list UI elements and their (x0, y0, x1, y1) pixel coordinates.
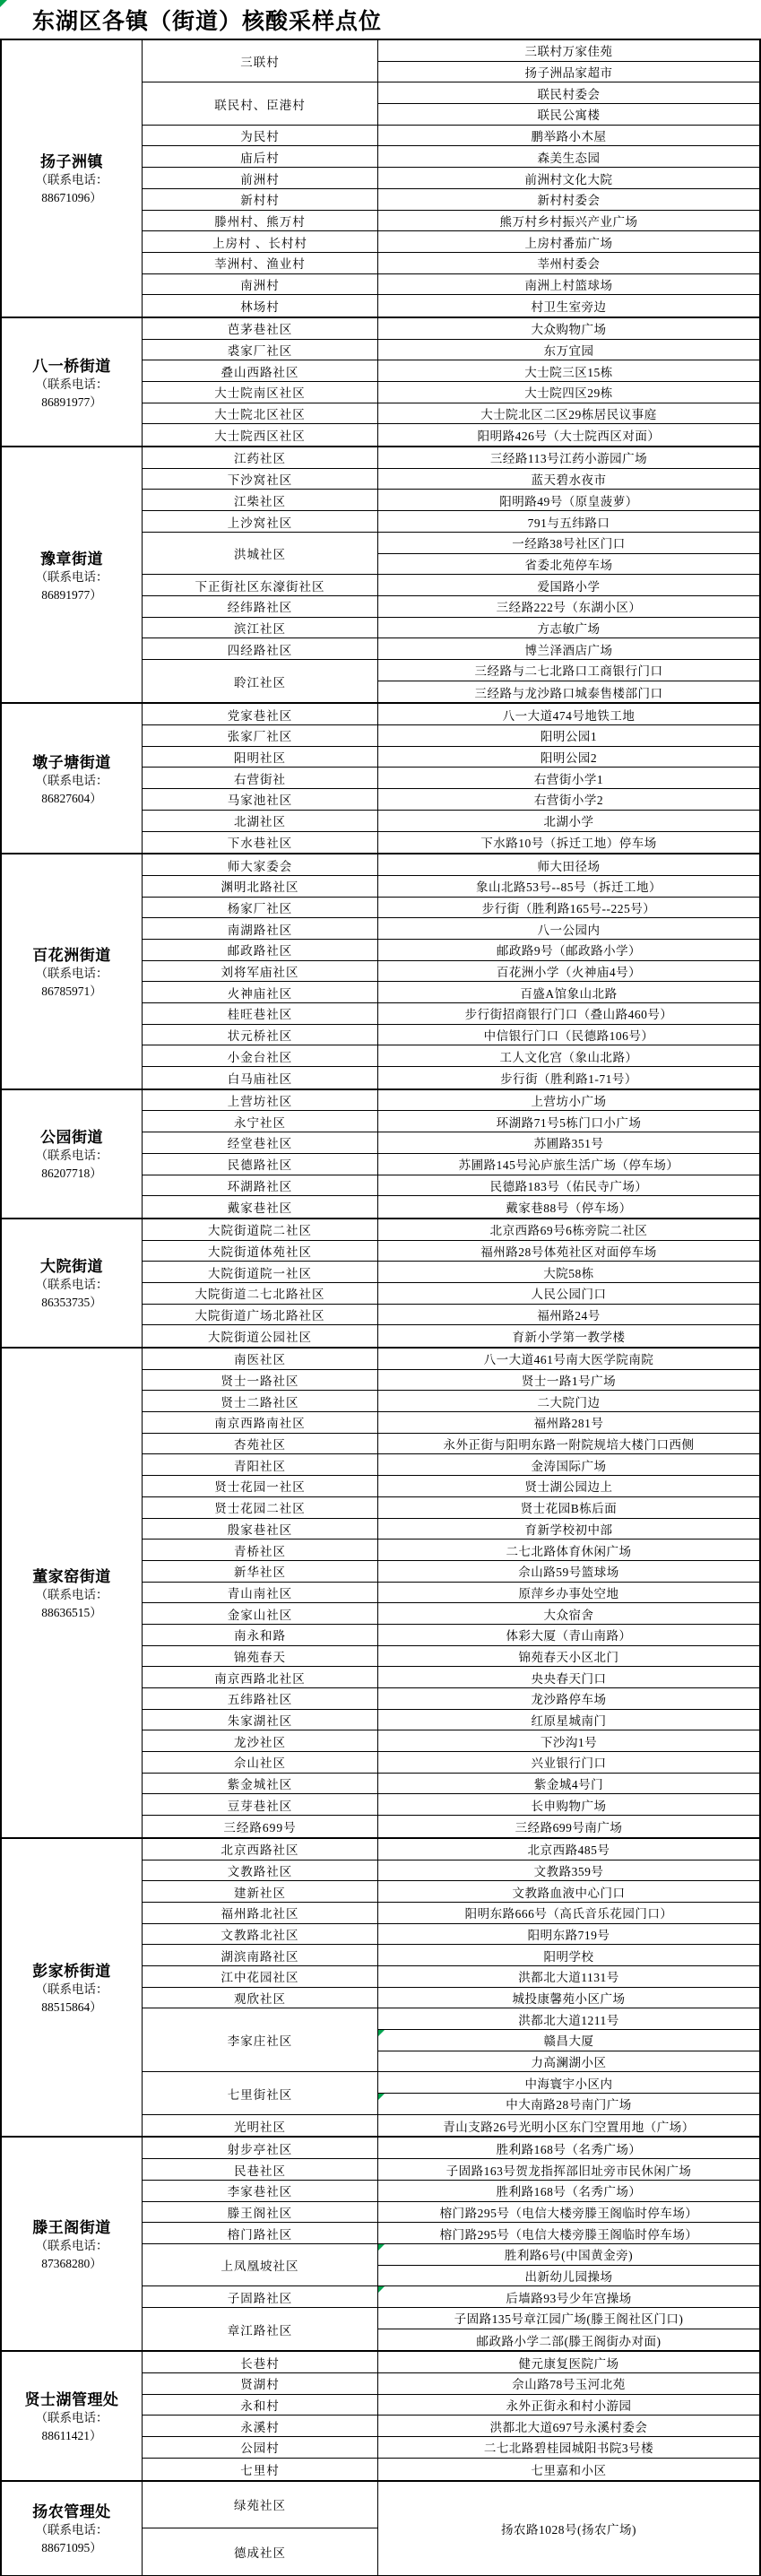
location-cell: 榕门路295号（电信大楼旁滕王阁临时停车场） (378, 2223, 759, 2244)
location-stack: 贤士花园B栋后面 (378, 1497, 759, 1519)
community-group: 江中花园社区洪都北大道1131号 (143, 1966, 759, 1988)
community-group: 滕王阁社区榕门路295号（电信大楼旁滕王阁临时停车场） (143, 2202, 759, 2224)
location-stack: 三联村万家佳苑扬子洲品家超市 (378, 40, 759, 82)
community-cell: 南京西路北社区 (143, 1667, 378, 1688)
community-group: 芭茅巷社区大众购物广场 (143, 318, 759, 340)
community-cell: 滕王阁社区 (143, 2202, 378, 2224)
location-stack: 下水路10号（拆迁工地）停车场 (378, 832, 759, 854)
section-row: 贤士湖管理处（联系电话：88611421）长巷村健元康复医院广场贤湖村佘山路78… (2, 2352, 759, 2481)
location-cell: 百盛A馆象山北路 (378, 982, 759, 1003)
community-cell: 殷家巷社区 (143, 1519, 378, 1540)
location-stack: 一经路38号社区门口省委北苑停车场 (378, 533, 759, 575)
community-cell: 大士院西区社区 (143, 424, 378, 446)
community-cell: 文教路北社区 (143, 1924, 378, 1946)
community-group: 南京西路南社区福州路281号 (143, 1412, 759, 1434)
location-cell: 贤士湖公园边上 (378, 1476, 759, 1497)
street-name: 墩子塘街道 (32, 750, 111, 772)
community-group: 三联村三联村万家佳苑扬子洲品家超市 (143, 40, 759, 82)
community-cell: 福州路北社区 (143, 1903, 378, 1924)
location-stack: 阳明路49号（原皇菠萝） (378, 490, 759, 511)
community-group: 环湖路社区民德路183号（佑民寺广场） (143, 1175, 759, 1197)
location-stack: 北京西路485号 (378, 1839, 759, 1860)
community-cell: 联民村、臣港村 (143, 82, 378, 125)
street-cell: 滕王阁街道（联系电话：87368280） (2, 2138, 143, 2350)
location-cell: 文教路血液中心门口 (378, 1881, 759, 1903)
location-cell: 阳明路49号（原皇菠萝） (378, 490, 759, 511)
sampling-points-table: 扬子洲镇（联系电话：88671096）三联村三联村万家佳苑扬子洲品家超市联民村、… (0, 39, 761, 2576)
location-cell: 城投康馨苑小区广场 (378, 1988, 759, 2009)
location-stack: 右营街小学2 (378, 789, 759, 811)
location-cell: 人民公园门口 (378, 1283, 759, 1305)
location-stack: 步行街招商银行门口（叠山路460号） (378, 1003, 759, 1025)
location-stack: 城投康馨苑小区广场 (378, 1988, 759, 2009)
location-cell: 博兰泽酒店广场 (378, 638, 759, 660)
community-cell: 永宁社区 (143, 1111, 378, 1132)
location-cell: 阳明路426号（大士院西区对面） (378, 424, 759, 446)
street-phone: 88515864） (41, 1999, 102, 2017)
location-stack: 上房村番茄广场 (378, 231, 759, 253)
location-cell: 联民村委会 (378, 82, 759, 104)
community-cell: 党家巷社区 (143, 704, 378, 725)
location-stack: 胜利路168号（名秀广场） (378, 2181, 759, 2202)
community-group: 经堂巷社区苏圃路351号 (143, 1132, 759, 1154)
street-cell: 彭家桥街道（联系电话：88515864） (2, 1839, 143, 2137)
location-cell: 福州路281号 (378, 1412, 759, 1434)
location-stack: 子固路163号贺龙指挥部旧址旁市民休闲广场 (378, 2159, 759, 2181)
community-cell: 贤士一路社区 (143, 1370, 378, 1392)
section-row: 彭家桥街道（联系电话：88515864）北京西路社区北京西路485号文教路社区文… (2, 1839, 759, 2138)
section-row: 豫章街道（联系电话：86891977）江药社区三经路113号江药小游园广场下沙窝… (2, 447, 759, 704)
street-phone: （联系电话： (36, 1147, 108, 1165)
community-cell: 聆江社区 (143, 660, 378, 702)
community-cell: 下正街社区东濠街社区 (143, 575, 378, 596)
location-cell: 金涛国际广场 (378, 1454, 759, 1476)
community-cell: 杨家厂社区 (143, 898, 378, 919)
location-cell: 央央春天门口 (378, 1667, 759, 1688)
location-stack: 八一大道474号地铁工地 (378, 704, 759, 725)
community-group: 锦苑春天锦苑春天小区北门 (143, 1646, 759, 1668)
location-cell: 北京西路485号 (378, 1839, 759, 1860)
location-stack: 阳明公园2 (378, 747, 759, 768)
location-stack: 榕门路295号（电信大楼旁滕王阁临时停车场） (378, 2202, 759, 2224)
community-cell: 江柴社区 (143, 490, 378, 511)
location-cell: 八一公园内 (378, 918, 759, 940)
street-name: 八一桥街道 (32, 353, 111, 376)
street-name: 公园街道 (40, 1124, 103, 1147)
section-body: 大院街道院二社区北京西路69号6栋旁院二社区大院街道体苑社区福州路28号体苑社区… (143, 1219, 759, 1347)
community-group: 建新社区文教路血液中心门口 (143, 1881, 759, 1903)
street-phone: 86785971） (41, 983, 102, 1001)
location-stack: 方志敏广场 (378, 618, 759, 639)
community-group: 火神庙社区百盛A馆象山北路 (143, 982, 759, 1003)
community-group: 章江路社区子固路135号章江园广场(滕王阁社区门口)邮政路小学二部(滕王阁街办对… (143, 2308, 759, 2350)
community-cell: 青阳社区 (143, 1454, 378, 1476)
section-row: 墩子塘街道（联系电话：86827604）党家巷社区八一大道474号地铁工地张家厂… (2, 704, 759, 854)
community-cell: 莘洲村、渔业村 (143, 253, 378, 274)
community-cell: 经堂巷社区 (143, 1132, 378, 1154)
location-stack: 文教路血液中心门口 (378, 1881, 759, 1903)
location-cell: 南洲上村篮球场 (378, 274, 759, 296)
location-stack: 文教路359号 (378, 1860, 759, 1882)
community-cell: 小金台社区 (143, 1045, 378, 1067)
location-cell: 子固路135号章江园广场(滕王阁社区门口) (378, 2308, 759, 2329)
community-group: 龙沙社区下沙沟1号 (143, 1730, 759, 1752)
location-stack: 阳明公园1 (378, 725, 759, 747)
community-group: 上凤凰坡社区胜利路6号(中国黄金旁)出新幼儿园操场 (143, 2244, 759, 2286)
street-phone: 86353735） (41, 1294, 102, 1312)
location-cell: 中大南路28号南门广场 (378, 2094, 759, 2115)
location-cell: 村卫生室旁边 (378, 295, 759, 317)
location-cell: 永外正街与阳明东路一附院规培大楼门口西侧 (378, 1434, 759, 1455)
location-stack: 七里嘉和小区 (378, 2459, 759, 2480)
location-cell: 新村村委会 (378, 189, 759, 211)
location-cell: 八一大道461号南大医学院南院 (378, 1349, 759, 1370)
location-stack: 苏圃路351号 (378, 1132, 759, 1154)
location-cell: 鹏举路小木屋 (378, 126, 759, 147)
community-cell: 章江路社区 (143, 2308, 378, 2350)
community-cell: 江药社区 (143, 447, 378, 469)
community-group: 贤士二路社区二大院门边 (143, 1391, 759, 1412)
community-group: 大院街道院二社区北京西路69号6栋旁院二社区 (143, 1219, 759, 1241)
location-stack: 福州路24号 (378, 1305, 759, 1326)
street-cell: 扬农管理处（联系电话：88671095） (2, 2482, 143, 2575)
community-cell: 射步亭社区 (143, 2138, 378, 2159)
location-stack: 洪都北大道1131号 (378, 1966, 759, 1988)
location-stack: 大院58栋 (378, 1262, 759, 1283)
section-row: 扬农管理处（联系电话：88671095）绿苑社区德成社区扬农路1028号(扬农广… (2, 2482, 759, 2575)
community-cell: 阳明社区 (143, 747, 378, 768)
community-stack: 绿苑社区德成社区 (143, 2482, 378, 2575)
location-cell: 大众购物广场 (378, 318, 759, 340)
location-cell: 青山支路26号光明小区东门空置用地（广场） (378, 2115, 759, 2137)
community-group: 湖滨南路社区阳明学校 (143, 1945, 759, 1966)
community-group: 福州路北社区阳明东路666号（高氏音乐花园门口） (143, 1903, 759, 1924)
location-stack: 福州路28号体苑社区对面停车场 (378, 1241, 759, 1262)
section-row: 百花洲街道（联系电话：86785971）师大家委会师大田径场渊明北路社区象山北路… (2, 854, 759, 1090)
community-group: 邮政路社区邮政路9号（邮政路小学） (143, 940, 759, 961)
community-group: 李家巷社区胜利路168号（名秀广场） (143, 2181, 759, 2202)
location-cell: 龙沙路停车场 (378, 1688, 759, 1710)
community-cell: 北京西路社区 (143, 1839, 378, 1860)
section-body: 南医社区八一大道461号南大医学院南院贤士一路社区贤士一路1号广场贤士二路社区二… (143, 1349, 759, 1837)
community-cell: 林场村 (143, 295, 378, 317)
location-stack: 胜利路168号（名秀广场） (378, 2138, 759, 2159)
community-group: 民德路社区苏圃路145号沁庐旅生活广场（停车场） (143, 1154, 759, 1175)
street-cell: 扬子洲镇（联系电话：88671096） (2, 40, 143, 317)
location-stack: 锦苑春天小区北门 (378, 1646, 759, 1668)
location-cell: 力高澜湖小区 (378, 2051, 759, 2073)
section-body: 党家巷社区八一大道474号地铁工地张家厂社区阳明公园1阳明社区阳明公园2右营街社… (143, 704, 759, 853)
location-cell: 长申购物广场 (378, 1794, 759, 1816)
location-cell: 民德路183号（佑民寺广场） (378, 1175, 759, 1197)
community-cell: 大院街道体苑社区 (143, 1241, 378, 1262)
street-phone: （联系电话： (36, 1276, 108, 1294)
section-row: 扬子洲镇（联系电话：88671096）三联村三联村万家佳苑扬子洲品家超市联民村、… (2, 40, 759, 318)
location-cell: 中信银行门口（民德路106号） (378, 1025, 759, 1046)
street-name: 豫章街道 (40, 546, 103, 568)
community-cell: 朱家湖社区 (143, 1710, 378, 1731)
location-stack: 邮政路9号（邮政路小学） (378, 940, 759, 961)
community-group: 永溪村洪都北大道697号永溪村委会 (143, 2416, 759, 2437)
community-group: 大院街道公园社区育新小学第一教学楼 (143, 1325, 759, 1347)
community-cell: 贤湖村 (143, 2373, 378, 2395)
location-stack: 三经路699号南广场 (378, 1816, 759, 1837)
community-group: 民巷社区子固路163号贺龙指挥部旧址旁市民休闲广场 (143, 2159, 759, 2181)
community-group: 金家山社区大众宿舍 (143, 1603, 759, 1625)
community-cell: 上凤凰坡社区 (143, 2244, 378, 2286)
location-stack: 阳明东路666号（高氏音乐花园门口） (378, 1903, 759, 1924)
community-group: 豆芽巷社区长申购物广场 (143, 1794, 759, 1816)
section-body: 绿苑社区德成社区扬农路1028号(扬农广场) (143, 2482, 759, 2575)
community-cell: 七里村 (143, 2459, 378, 2480)
location-stack: 联民村委会联民公寓楼 (378, 82, 759, 125)
community-cell: 绿苑社区 (143, 2482, 377, 2528)
location-cell: 蓝天碧水夜市 (378, 469, 759, 490)
location-stack: 蓝天碧水夜市 (378, 469, 759, 490)
community-cell: 光明社区 (143, 2115, 378, 2137)
location-stack: 央央春天门口 (378, 1667, 759, 1688)
location-cell: 苏圃路145号沁庐旅生活广场（停车场） (378, 1154, 759, 1175)
community-cell: 南永和路 (143, 1625, 378, 1646)
community-cell: 七里街社区 (143, 2072, 378, 2114)
community-cell: 大士院北区社区 (143, 403, 378, 425)
location-stack: 阳明学校 (378, 1945, 759, 1966)
location-cell: 胜利路168号（名秀广场） (378, 2138, 759, 2159)
location-cell: 中海寰宇小区内 (378, 2072, 759, 2094)
community-cell: 永和村 (143, 2395, 378, 2416)
community-group: 下正街社区东濠街社区爱国路小学 (143, 575, 759, 596)
street-phone: （联系电话： (36, 2409, 108, 2427)
location-stack: 佘山路59号篮球场 (378, 1561, 759, 1583)
community-group: 子固路社区后墙路93号少年宫操场 (143, 2286, 759, 2308)
community-cell: 南湖路社区 (143, 918, 378, 940)
location-stack: 上营坊小广场 (378, 1090, 759, 1112)
community-cell: 新华社区 (143, 1561, 378, 1583)
location-cell: 育新小学第一教学楼 (378, 1325, 759, 1347)
location-stack: 八一公园内 (378, 918, 759, 940)
community-cell: 刘将军庙社区 (143, 961, 378, 983)
location-stack: 洪都北大道697号永溪村委会 (378, 2416, 759, 2437)
community-cell: 新村村 (143, 189, 378, 211)
location-cell: 阳明公园2 (378, 747, 759, 768)
community-cell: 张家厂社区 (143, 725, 378, 747)
location-stack: 下沙沟1号 (378, 1730, 759, 1752)
community-group: 观欣社区城投康馨苑小区广场 (143, 1988, 759, 2009)
location-stack: 791与五纬路口 (378, 511, 759, 533)
location-cell: 福州路28号体苑社区对面停车场 (378, 1241, 759, 1262)
community-group: 滕州村、熊万村熊万村乡村振兴产业广场 (143, 211, 759, 232)
location-cell: 洪都北大道1211号 (378, 2008, 759, 2030)
location-stack: 榕门路295号（电信大楼旁滕王阁临时停车场） (378, 2223, 759, 2244)
location-stack: 森美生态园 (378, 146, 759, 168)
street-phone: 87368280） (41, 2255, 102, 2273)
community-cell: 长巷村 (143, 2352, 378, 2373)
community-cell: 经纬路社区 (143, 596, 378, 618)
community-cell: 大士院南区社区 (143, 382, 378, 403)
community-cell: 滨江社区 (143, 618, 378, 639)
community-group: 贤士花园一社区贤士湖公园边上 (143, 1476, 759, 1497)
location-cell: 百花洲小学（火神庙4号） (378, 961, 759, 983)
location-stack: 大士院四区29栋 (378, 382, 759, 403)
community-cell: 贤士花园二社区 (143, 1497, 378, 1519)
community-group: 党家巷社区八一大道474号地铁工地 (143, 704, 759, 725)
community-group: 贤湖村佘山路78号玉河北苑 (143, 2373, 759, 2395)
street-phone: （联系电话： (36, 376, 108, 394)
merged-group: 绿苑社区德成社区扬农路1028号(扬农广场) (143, 2482, 759, 2575)
location-cell: 省委北苑停车场 (378, 554, 759, 576)
community-group: 贤士花园二社区贤士花园B栋后面 (143, 1497, 759, 1519)
location-cell: 佘山路59号篮球场 (378, 1561, 759, 1583)
location-stack: 贤士一路1号广场 (378, 1370, 759, 1392)
community-group: 杨家厂社区步行街（胜利路165号--225号） (143, 898, 759, 919)
community-cell: 豆芽巷社区 (143, 1794, 378, 1816)
location-cell: 佘山路78号玉河北苑 (378, 2373, 759, 2395)
location-cell: 上房村番茄广场 (378, 231, 759, 253)
community-group: 下水巷社区下水路10号（拆迁工地）停车场 (143, 832, 759, 854)
location-stack: 莘州村委会 (378, 253, 759, 274)
community-group: 林场村村卫生室旁边 (143, 295, 759, 317)
location-cell: 北京西路69号6栋旁院二社区 (378, 1219, 759, 1241)
street-cell: 豫章街道（联系电话：86891977） (2, 447, 143, 702)
location-stack: 百盛A馆象山北路 (378, 982, 759, 1003)
street-phone: 88636515） (41, 1604, 102, 1622)
location-cell: 体彩大厦（青山南路） (378, 1625, 759, 1646)
community-group: 文教路北社区阳明东路719号 (143, 1924, 759, 1946)
location-stack: 熊万村乡村振兴产业广场 (378, 211, 759, 232)
community-cell: 环湖路社区 (143, 1175, 378, 1197)
community-cell: 江中花园社区 (143, 1966, 378, 1988)
location-cell: 二七北路碧桂园城阳书院3号楼 (378, 2437, 759, 2459)
location-stack: 师大田径场 (378, 854, 759, 876)
community-group: 大院街道院一社区大院58栋 (143, 1262, 759, 1283)
community-group: 联民村、臣港村联民村委会联民公寓楼 (143, 82, 759, 125)
community-cell: 北湖社区 (143, 811, 378, 832)
community-group: 上沙窝社区791与五纬路口 (143, 511, 759, 533)
location-stack: 兴业银行门口 (378, 1752, 759, 1774)
location-stack: 大士院三区15栋 (378, 360, 759, 382)
community-cell: 子固路社区 (143, 2286, 378, 2308)
community-group: 大士院北区社区大士院北区二区29栋居民议事庭 (143, 403, 759, 425)
location-stack: 东万宜园 (378, 340, 759, 361)
location-stack: 中信银行门口（民德路106号） (378, 1025, 759, 1046)
community-group: 张家厂社区阳明公园1 (143, 725, 759, 747)
community-cell: 佘山社区 (143, 1752, 378, 1774)
community-group: 刘将军庙社区百花洲小学（火神庙4号） (143, 961, 759, 983)
community-group: 新村村新村村委会 (143, 189, 759, 211)
location-cell: 赣昌大厦 (378, 2030, 759, 2051)
location-stack: 二七北路碧桂园城阳书院3号楼 (378, 2437, 759, 2459)
location-stack: 健元康复医院广场 (378, 2352, 759, 2373)
location-stack: 阳明路426号（大士院西区对面） (378, 424, 759, 446)
location-stack: 紫金城4号门 (378, 1774, 759, 1795)
section-body: 师大家委会师大田径场渊明北路社区象山北路53号--85号（拆迁工地）杨家厂社区步… (143, 854, 759, 1089)
location-stack: 大众宿舍 (378, 1603, 759, 1625)
location-cell: 大士院北区二区29栋居民议事庭 (378, 403, 759, 425)
street-name: 大院街道 (40, 1253, 103, 1276)
community-cell: 德成社区 (143, 2528, 377, 2575)
location-stack: 二七北路体育休闲广场 (378, 1540, 759, 1561)
community-cell: 邮政路社区 (143, 940, 378, 961)
location-cell: 联民公寓楼 (378, 104, 759, 126)
community-cell: 紫金城社区 (143, 1774, 378, 1795)
community-group: 为民村鹏举路小木屋 (143, 126, 759, 147)
community-group: 莘洲村、渔业村莘州村委会 (143, 253, 759, 274)
street-cell: 公园街道（联系电话：86207718） (2, 1090, 143, 1218)
community-cell: 前洲村 (143, 168, 378, 189)
community-cell: 民巷社区 (143, 2159, 378, 2181)
location-cell: 子固路163号贺龙指挥部旧址旁市民休闲广场 (378, 2159, 759, 2181)
community-group: 南湖路社区八一公园内 (143, 918, 759, 940)
community-cell: 大院街道二七北路社区 (143, 1283, 378, 1305)
community-group: 射步亭社区胜利路168号（名秀广场） (143, 2138, 759, 2159)
section-body: 三联村三联村万家佳苑扬子洲品家超市联民村、臣港村联民村委会联民公寓楼为民村鹏举路… (143, 40, 759, 317)
community-cell: 湖滨南路社区 (143, 1945, 378, 1966)
location-cell: 右营街小学1 (378, 768, 759, 789)
location-stack: 子固路135号章江园广场(滕王阁社区门口)邮政路小学二部(滕王阁街办对面) (378, 2308, 759, 2350)
community-cell: 大院街道公园社区 (143, 1325, 378, 1347)
community-cell: 四经路社区 (143, 638, 378, 660)
community-cell: 南洲村 (143, 274, 378, 296)
location-cell: 二七北路体育休闲广场 (378, 1540, 759, 1561)
location-stack: 长申购物广场 (378, 1794, 759, 1816)
community-cell: 裘家厂社区 (143, 340, 378, 361)
community-cell: 戴家巷社区 (143, 1196, 378, 1218)
community-group: 杏苑社区永外正街与阳明东路一附院规培大楼门口西侧 (143, 1434, 759, 1455)
location-cell: 贤士一路1号广场 (378, 1370, 759, 1392)
community-cell: 庙后村 (143, 146, 378, 168)
location-cell: 三经路222号（东湖小区） (378, 596, 759, 618)
community-cell: 洪城社区 (143, 533, 378, 575)
community-group: 长巷村健元康复医院广场 (143, 2352, 759, 2373)
location-stack: 龙沙路停车场 (378, 1688, 759, 1710)
section-body: 射步亭社区胜利路168号（名秀广场）民巷社区子固路163号贺龙指挥部旧址旁市民休… (143, 2138, 759, 2350)
location-cell: 胜利路168号（名秀广场） (378, 2181, 759, 2202)
location-stack: 大士院北区二区29栋居民议事庭 (378, 403, 759, 425)
location-cell: 大众宿舍 (378, 1603, 759, 1625)
community-cell: 三联村 (143, 40, 378, 82)
location-stack: 金涛国际广场 (378, 1454, 759, 1476)
community-cell: 南医社区 (143, 1349, 378, 1370)
community-cell: 南京西路南社区 (143, 1412, 378, 1434)
location-cell: 健元康复医院广场 (378, 2352, 759, 2373)
community-cell: 杏苑社区 (143, 1434, 378, 1455)
location-cell: 工人文化宫（象山北路） (378, 1045, 759, 1067)
location-cell: 步行街（胜利路1-71号） (378, 1067, 759, 1089)
street-phone: （联系电话： (36, 772, 108, 790)
location-cell: 阳明东路666号（高氏音乐花园门口） (378, 1903, 759, 1924)
community-cell: 马家池社区 (143, 789, 378, 811)
location-cell: 二大院门边 (378, 1391, 759, 1412)
location-cell: 步行街（胜利路165号--225号） (378, 898, 759, 919)
street-name: 彭家桥街道 (32, 1958, 111, 1981)
location-cell: 右营街小学2 (378, 789, 759, 811)
location-stack: 新村村委会 (378, 189, 759, 211)
community-group: 聆江社区三经路与二七北路口工商银行门口三经路与龙沙路口城泰售楼部门口 (143, 660, 759, 702)
street-phone: 86827604） (41, 790, 102, 808)
location-cell: 后墙路93号少年宫操场 (378, 2286, 759, 2308)
street-phone: 86891977） (41, 394, 102, 412)
location-stack: 青山支路26号光明小区东门空置用地（广场） (378, 2115, 759, 2137)
community-group: 小金台社区工人文化宫（象山北路） (143, 1045, 759, 1067)
community-group: 裘家厂社区东万宜园 (143, 340, 759, 361)
community-cell: 贤士花园一社区 (143, 1476, 378, 1497)
community-cell: 桂旺巷社区 (143, 1003, 378, 1025)
location-cell: 苏圃路351号 (378, 1132, 759, 1154)
location-stack: 佘山路78号玉河北苑 (378, 2373, 759, 2395)
location-stack: 三经路222号（东湖小区） (378, 596, 759, 618)
street-phone: 86207718） (41, 1165, 102, 1183)
street-name: 扬农管理处 (32, 2499, 111, 2521)
